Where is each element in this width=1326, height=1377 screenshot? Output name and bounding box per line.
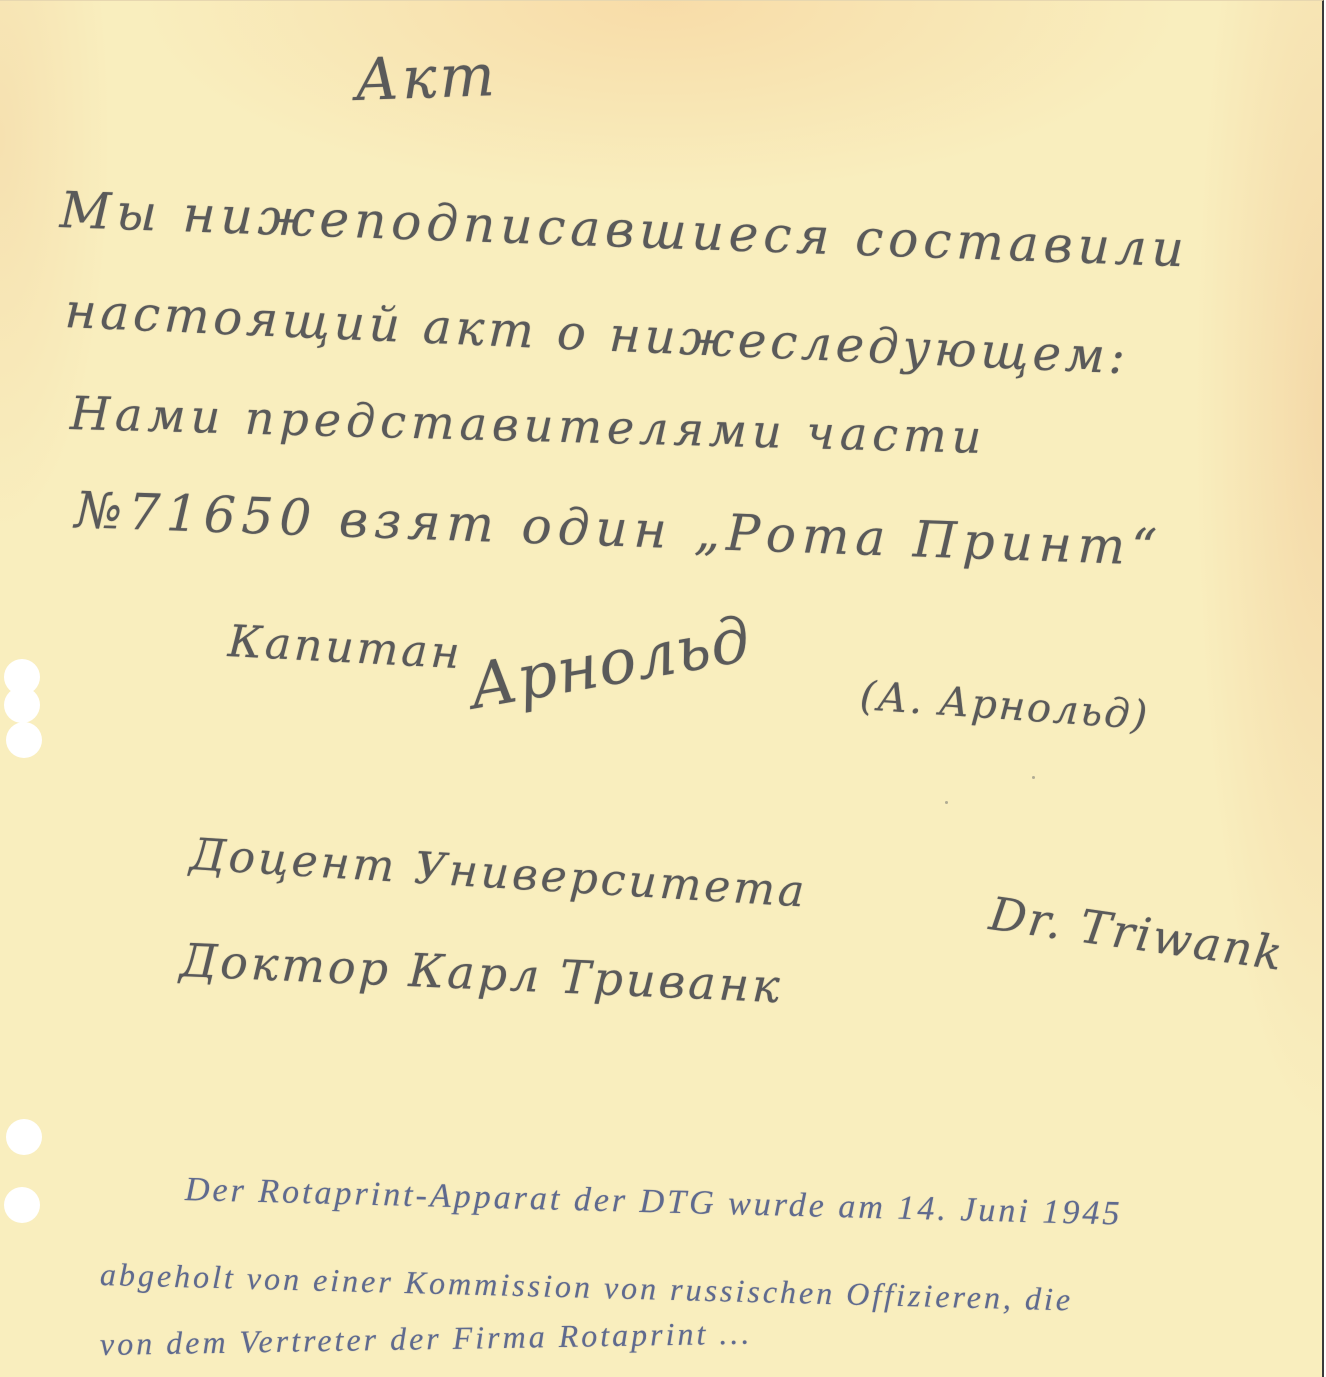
body-line: №71650 взят один „Рота Принт“ [74,481,1164,577]
doctor-signature: Dr. Triwank [986,886,1287,981]
signer-role-captain: Капитан [227,616,464,679]
german-note-line: Der Rotaprint-Apparat der DTG wurde am 1… [185,1171,1123,1234]
paper-speck [1032,776,1035,779]
punch-hole [6,1119,42,1155]
body-line: настоящий акт о нижеследующем: [64,283,1130,385]
punch-hole [4,687,40,723]
body-line: Нами представителями части [69,386,987,464]
german-note-line: von dem Vertreter der Firma Rotaprint ..… [100,1315,753,1363]
captain-printed-name: (А. Арнольд) [858,673,1150,739]
punch-hole [6,722,42,758]
paper-speck [945,801,948,804]
german-note-line: abgeholt von einer Kommission von russis… [100,1256,1074,1318]
signer-name-doctor: Доктор Карл Триванк [179,933,784,1013]
scanned-document-page: Акт Мы нижеподписавшиеся составили насто… [0,0,1324,1376]
body-line: Мы нижеподписавшиеся составили [59,181,1190,278]
signer-role-docent: Доцент Университета [188,829,808,918]
captain-signature: Арнольд [464,602,757,723]
punch-hole [4,1187,40,1223]
document-title: Акт [354,41,499,114]
